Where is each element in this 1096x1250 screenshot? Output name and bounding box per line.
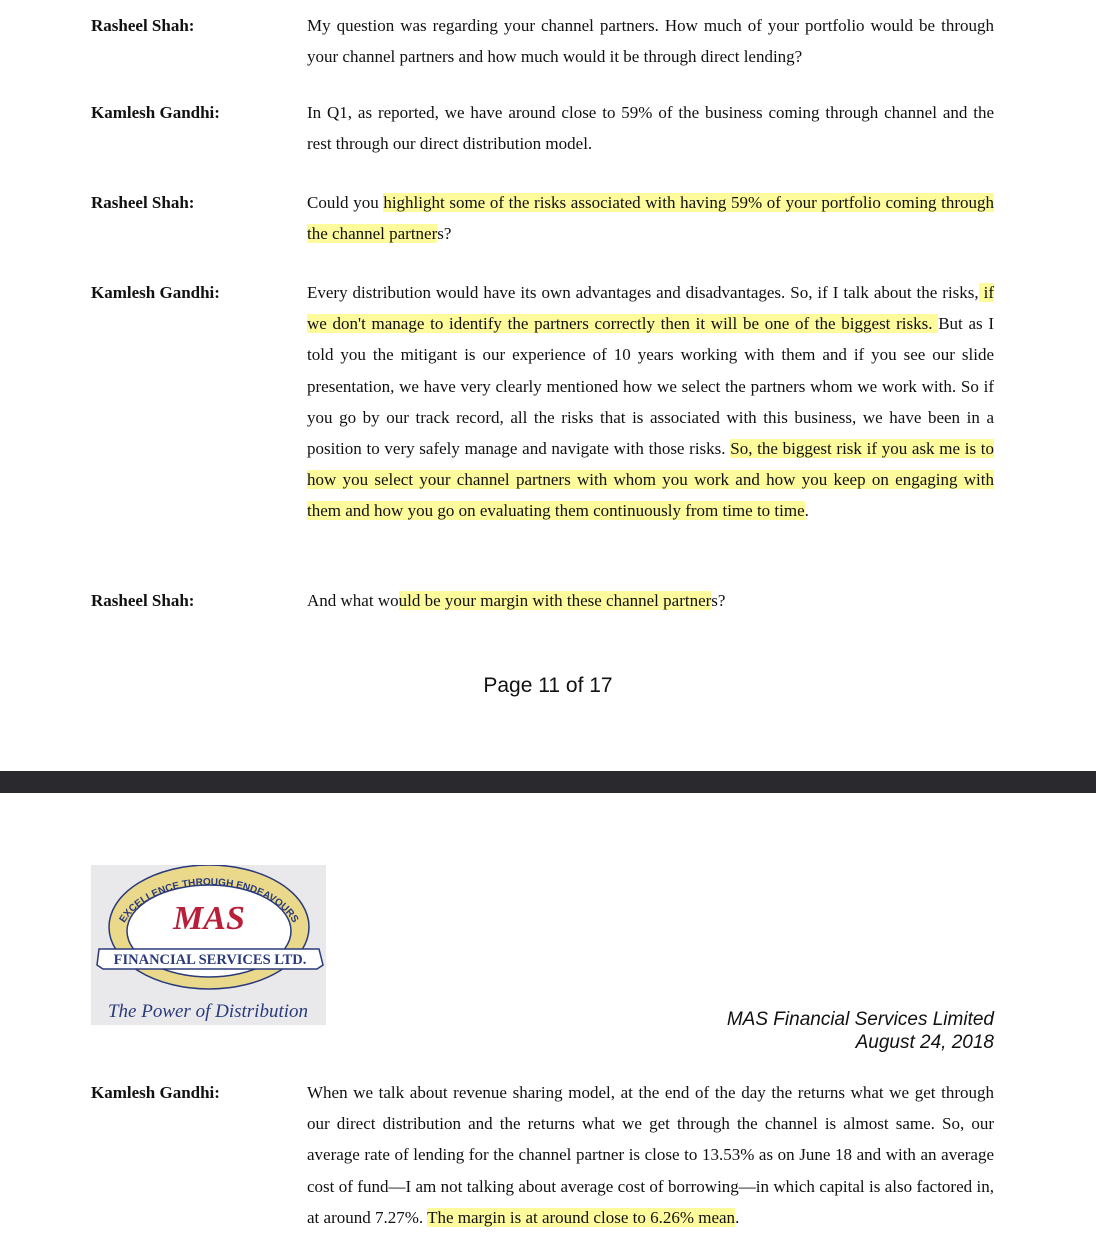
call-date: August 24, 2018 <box>727 1031 994 1054</box>
highlighted-text: uld be your margin with these channel pa… <box>399 591 712 610</box>
transcript-page-11: Rasheel Shah: My question was regarding … <box>0 0 1096 771</box>
text-segment: But as I told you the mitigant is our ex… <box>307 314 994 458</box>
mas-logo-icon: EXCELLENCE THROUGH ENDEAVOURS MAS FINANC… <box>91 865 326 1025</box>
speech-text: And what would be your margin with these… <box>307 585 994 616</box>
speaker-name: Kamlesh Gandhi: <box>91 1077 220 1108</box>
company-name: MAS Financial Services Limited <box>727 1008 994 1031</box>
speaker-name: Rasheel Shah: <box>91 187 194 218</box>
speaker-name: Kamlesh Gandhi: <box>91 97 220 128</box>
highlighted-text: The margin is at around close to 6.26% m… <box>427 1208 735 1227</box>
text-segment: . <box>735 1208 739 1227</box>
svg-text:FINANCIAL SERVICES LTD.: FINANCIAL SERVICES LTD. <box>114 952 307 968</box>
speech-text: In Q1, as reported, we have around close… <box>307 97 994 159</box>
speaker-name: Rasheel Shah: <box>91 10 194 41</box>
svg-text:MAS: MAS <box>172 900 245 937</box>
document-header: MAS Financial Services Limited August 24… <box>727 1008 994 1054</box>
text-segment: . <box>805 501 809 520</box>
text-segment: In Q1, as reported, we have around close… <box>307 103 994 153</box>
speech-text: Could you highlight some of the risks as… <box>307 187 994 249</box>
text-segment: s? <box>437 224 451 243</box>
text-segment: Every distribution would have its own ad… <box>307 283 979 302</box>
svg-text:The Power of Distribution: The Power of Distribution <box>108 1001 308 1022</box>
text-segment: And what wo <box>307 591 399 610</box>
company-logo: EXCELLENCE THROUGH ENDEAVOURS MAS FINANC… <box>91 865 326 1025</box>
text-segment: When we talk about revenue sharing model… <box>307 1083 994 1227</box>
speech-text: When we talk about revenue sharing model… <box>307 1077 994 1233</box>
text-segment: Could you <box>307 193 383 212</box>
speaker-name: Rasheel Shah: <box>91 585 194 616</box>
highlighted-text: highlight some of the risks associated w… <box>307 193 994 243</box>
speaker-name: Kamlesh Gandhi: <box>91 277 220 308</box>
page-number: Page 11 of 17 <box>0 674 1096 698</box>
page-divider <box>0 771 1096 793</box>
speech-text: Every distribution would have its own ad… <box>307 277 994 527</box>
text-segment: s? <box>711 591 725 610</box>
transcript-page-12: EXCELLENCE THROUGH ENDEAVOURS MAS FINANC… <box>0 793 1096 1250</box>
text-segment: My question was regarding your channel p… <box>307 16 994 66</box>
speech-text: My question was regarding your channel p… <box>307 10 994 72</box>
